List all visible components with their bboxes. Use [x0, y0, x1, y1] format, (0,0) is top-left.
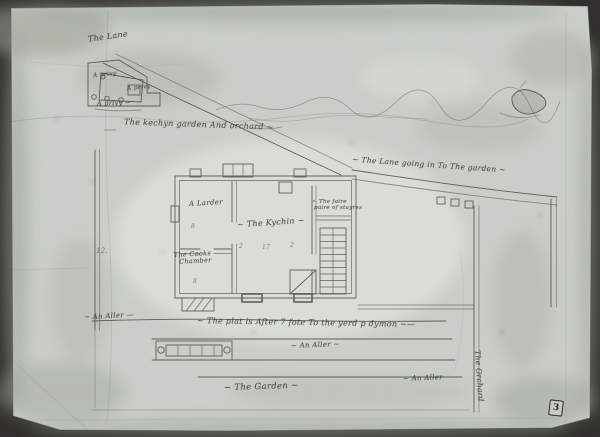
label-alley-right: ~ An Aller: [403, 374, 443, 383]
stamp-number: 3: [552, 403, 559, 414]
label-dim-8b: 8: [193, 279, 197, 286]
label-stairs-line2: paire of stayres: [314, 205, 362, 211]
label-dim-2b: 2: [290, 243, 294, 250]
label-stairs: ~ The fairepaire of stayres: [312, 199, 362, 211]
label-cooks-chamber: The CooksChamber: [174, 250, 212, 266]
label-number-12: 12.: [96, 248, 108, 256]
photographed-manuscript: The Lane A privy A privy A privy ~ The k…: [0, 0, 600, 437]
label-privy-c: A privy ~: [97, 99, 131, 107]
label-dim-17: 17: [262, 245, 270, 252]
collection-stamp: 3: [548, 399, 564, 417]
label-dim-8a: 8: [191, 224, 195, 231]
label-dim-2a: 2: [239, 244, 243, 251]
